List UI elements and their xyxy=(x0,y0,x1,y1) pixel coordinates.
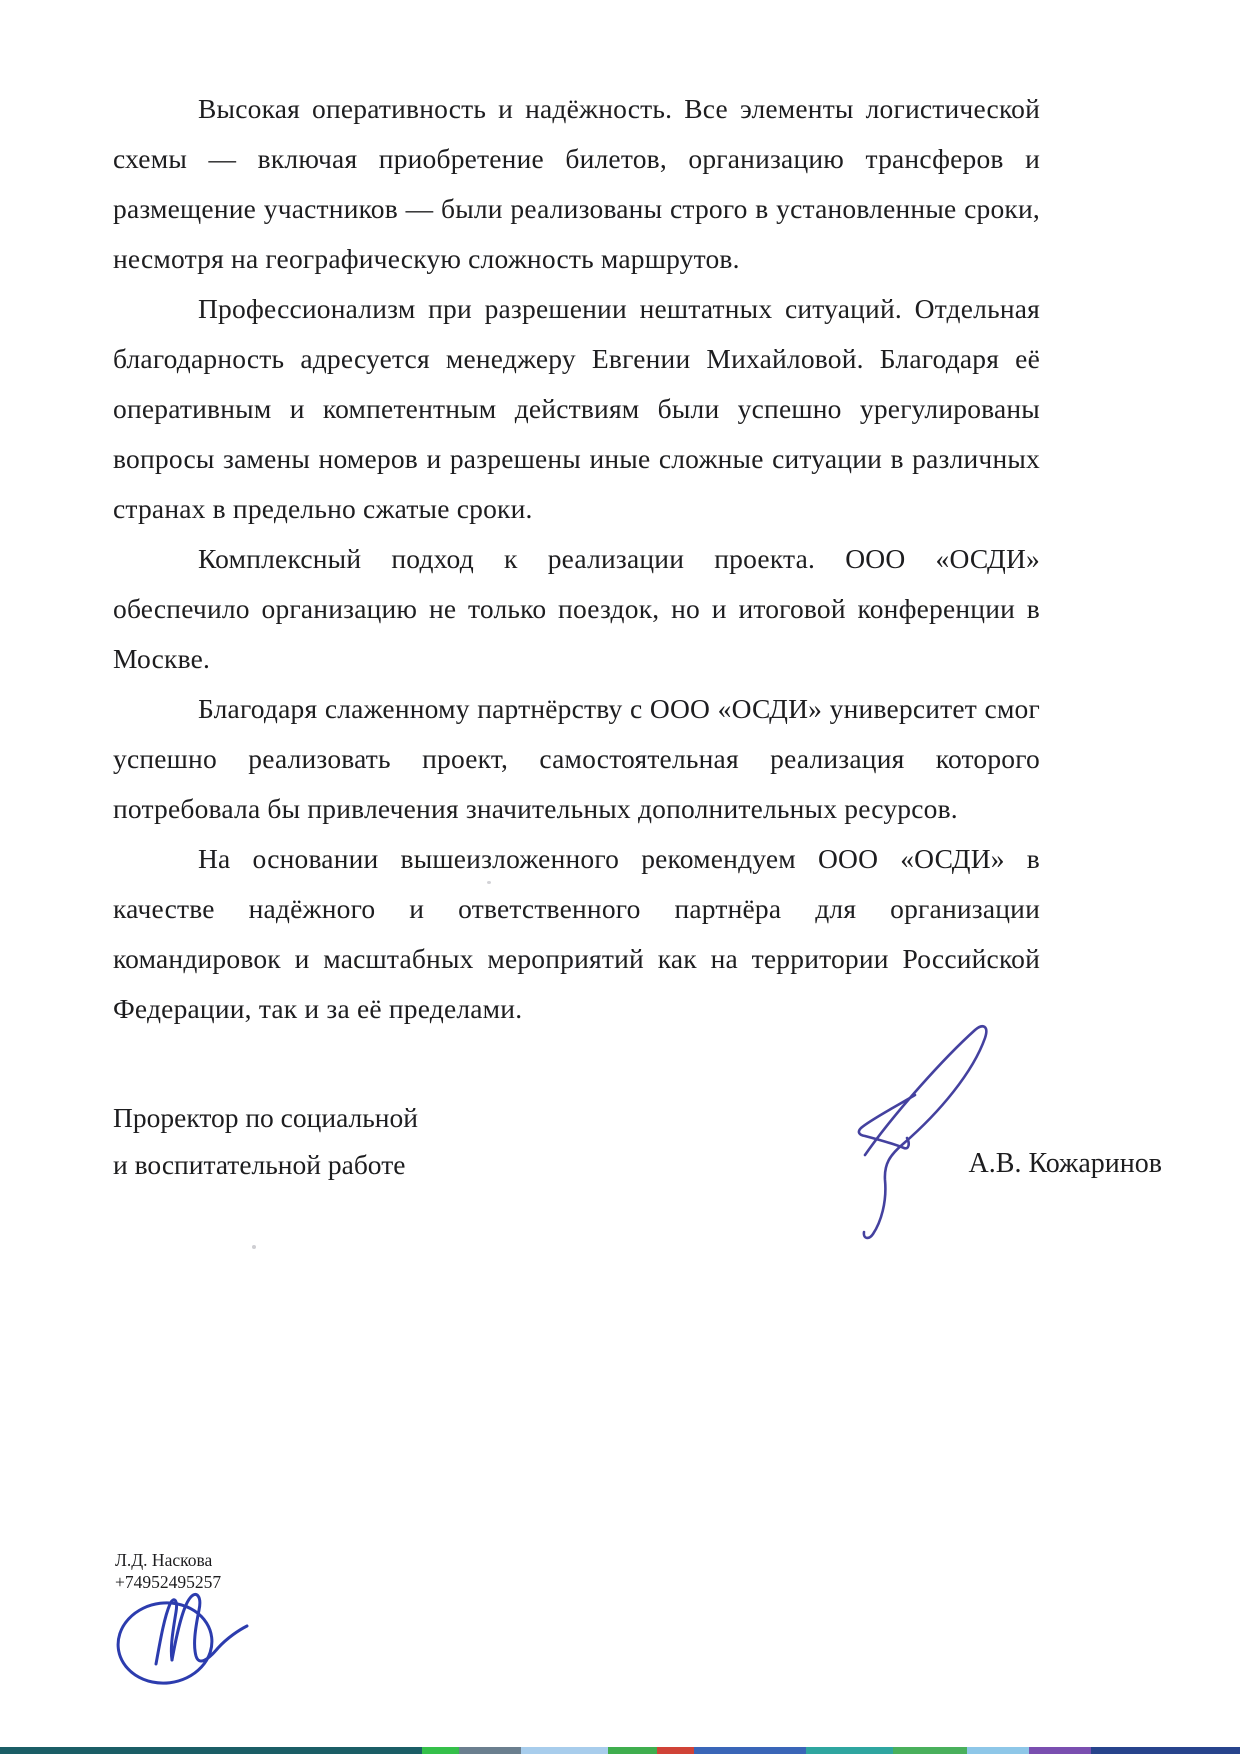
scan-speck xyxy=(487,881,491,884)
handwritten-signature-kozharinov xyxy=(775,1012,1005,1242)
bottom-color-strip xyxy=(0,1747,1240,1754)
footer-contact: Л.Д. Наскова +74952495257 xyxy=(115,1549,221,1593)
handwritten-signature-naskova xyxy=(106,1590,261,1702)
strip-segment xyxy=(694,1747,806,1754)
strip-segment xyxy=(893,1747,967,1754)
strip-segment xyxy=(1029,1747,1091,1754)
strip-segment xyxy=(1091,1747,1240,1754)
scanned-letter-page: Высокая оперативность и надёжность. Все … xyxy=(0,0,1240,1754)
strip-segment xyxy=(967,1747,1029,1754)
contact-name: Л.Д. Наскова xyxy=(115,1549,221,1571)
signer-title-line2: и воспитательной работе xyxy=(113,1141,418,1188)
strip-segment xyxy=(459,1747,521,1754)
paragraph-professionalism: Профессионализм при разрешении нештатных… xyxy=(113,284,1040,534)
strip-segment xyxy=(608,1747,658,1754)
signer-title-line1: Проректор по социальной xyxy=(113,1094,418,1141)
scan-speck xyxy=(252,1245,256,1249)
strip-segment xyxy=(806,1747,893,1754)
paragraph-partnership: Благодаря слаженному партнёрству с ООО «… xyxy=(113,684,1040,834)
strip-segment xyxy=(521,1747,608,1754)
paragraph-recommendation: На основании вышеизложенного рекомендуем… xyxy=(113,834,1040,1034)
strip-segment xyxy=(0,1747,422,1754)
paragraph-complex-approach: Комплексный подход к реализации проекта.… xyxy=(113,534,1040,684)
strip-segment xyxy=(657,1747,694,1754)
paragraph-reliability: Высокая оперативность и надёжность. Все … xyxy=(113,84,1040,284)
letter-body: Высокая оперативность и надёжность. Все … xyxy=(113,84,1040,1034)
signer-title: Проректор по социальной и воспитательной… xyxy=(113,1094,418,1188)
strip-segment xyxy=(422,1747,459,1754)
